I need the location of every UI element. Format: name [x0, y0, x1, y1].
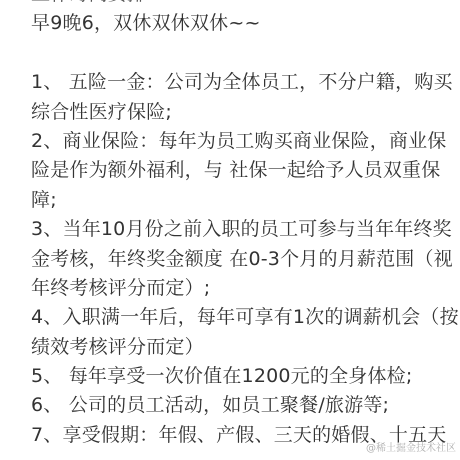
blank-spacer — [31, 39, 431, 68]
benefit-line-3-cont: 金考核，年终奖金额度 在0-3个月的月薪范围（视 — [31, 245, 431, 274]
benefit-line-4: 4、入职满一年后，每年可享有1次的调薪机会（按 — [31, 303, 431, 332]
benefit-line-3: 3、当年10月份之前入职的员工可参与当年年终奖 — [31, 215, 431, 244]
benefit-line-2: 2、商业保险：每年为员工购买商业保险，商业保 — [31, 127, 431, 156]
benefit-line-2-cont2: 障; — [31, 186, 431, 215]
benefit-line-1-cont: 综合性医疗保险; — [31, 98, 431, 127]
benefit-line-5: 5、 每年享受一次价值在1200元的全身体检; — [31, 362, 431, 391]
benefit-line-2-cont: 险是作为额外福利，与 社保一起给予人员双重保 — [31, 156, 431, 185]
partial-heading-line: 工作时间安排： — [31, 0, 431, 9]
benefit-line-6: 6、 公司的员工活动，如员工聚餐/旅游等; — [31, 391, 431, 420]
benefit-line-1: 1、 五险一金：公司为全体员工，不分户籍，购买 — [31, 68, 431, 97]
benefit-line-3-cont2: 年终考核评分而定）; — [31, 274, 431, 303]
work-schedule-line: 早9晚6，双休双休双休~~ — [31, 9, 431, 38]
benefit-line-4-cont: 绩效考核评分而定） — [31, 333, 431, 362]
watermark: @稀土掘金技术社区 — [366, 439, 456, 454]
benefits-document: 工作时间安排： 早9晚6，双休双休双休~~ 1、 五险一金：公司为全体员工，不分… — [31, 0, 431, 450]
